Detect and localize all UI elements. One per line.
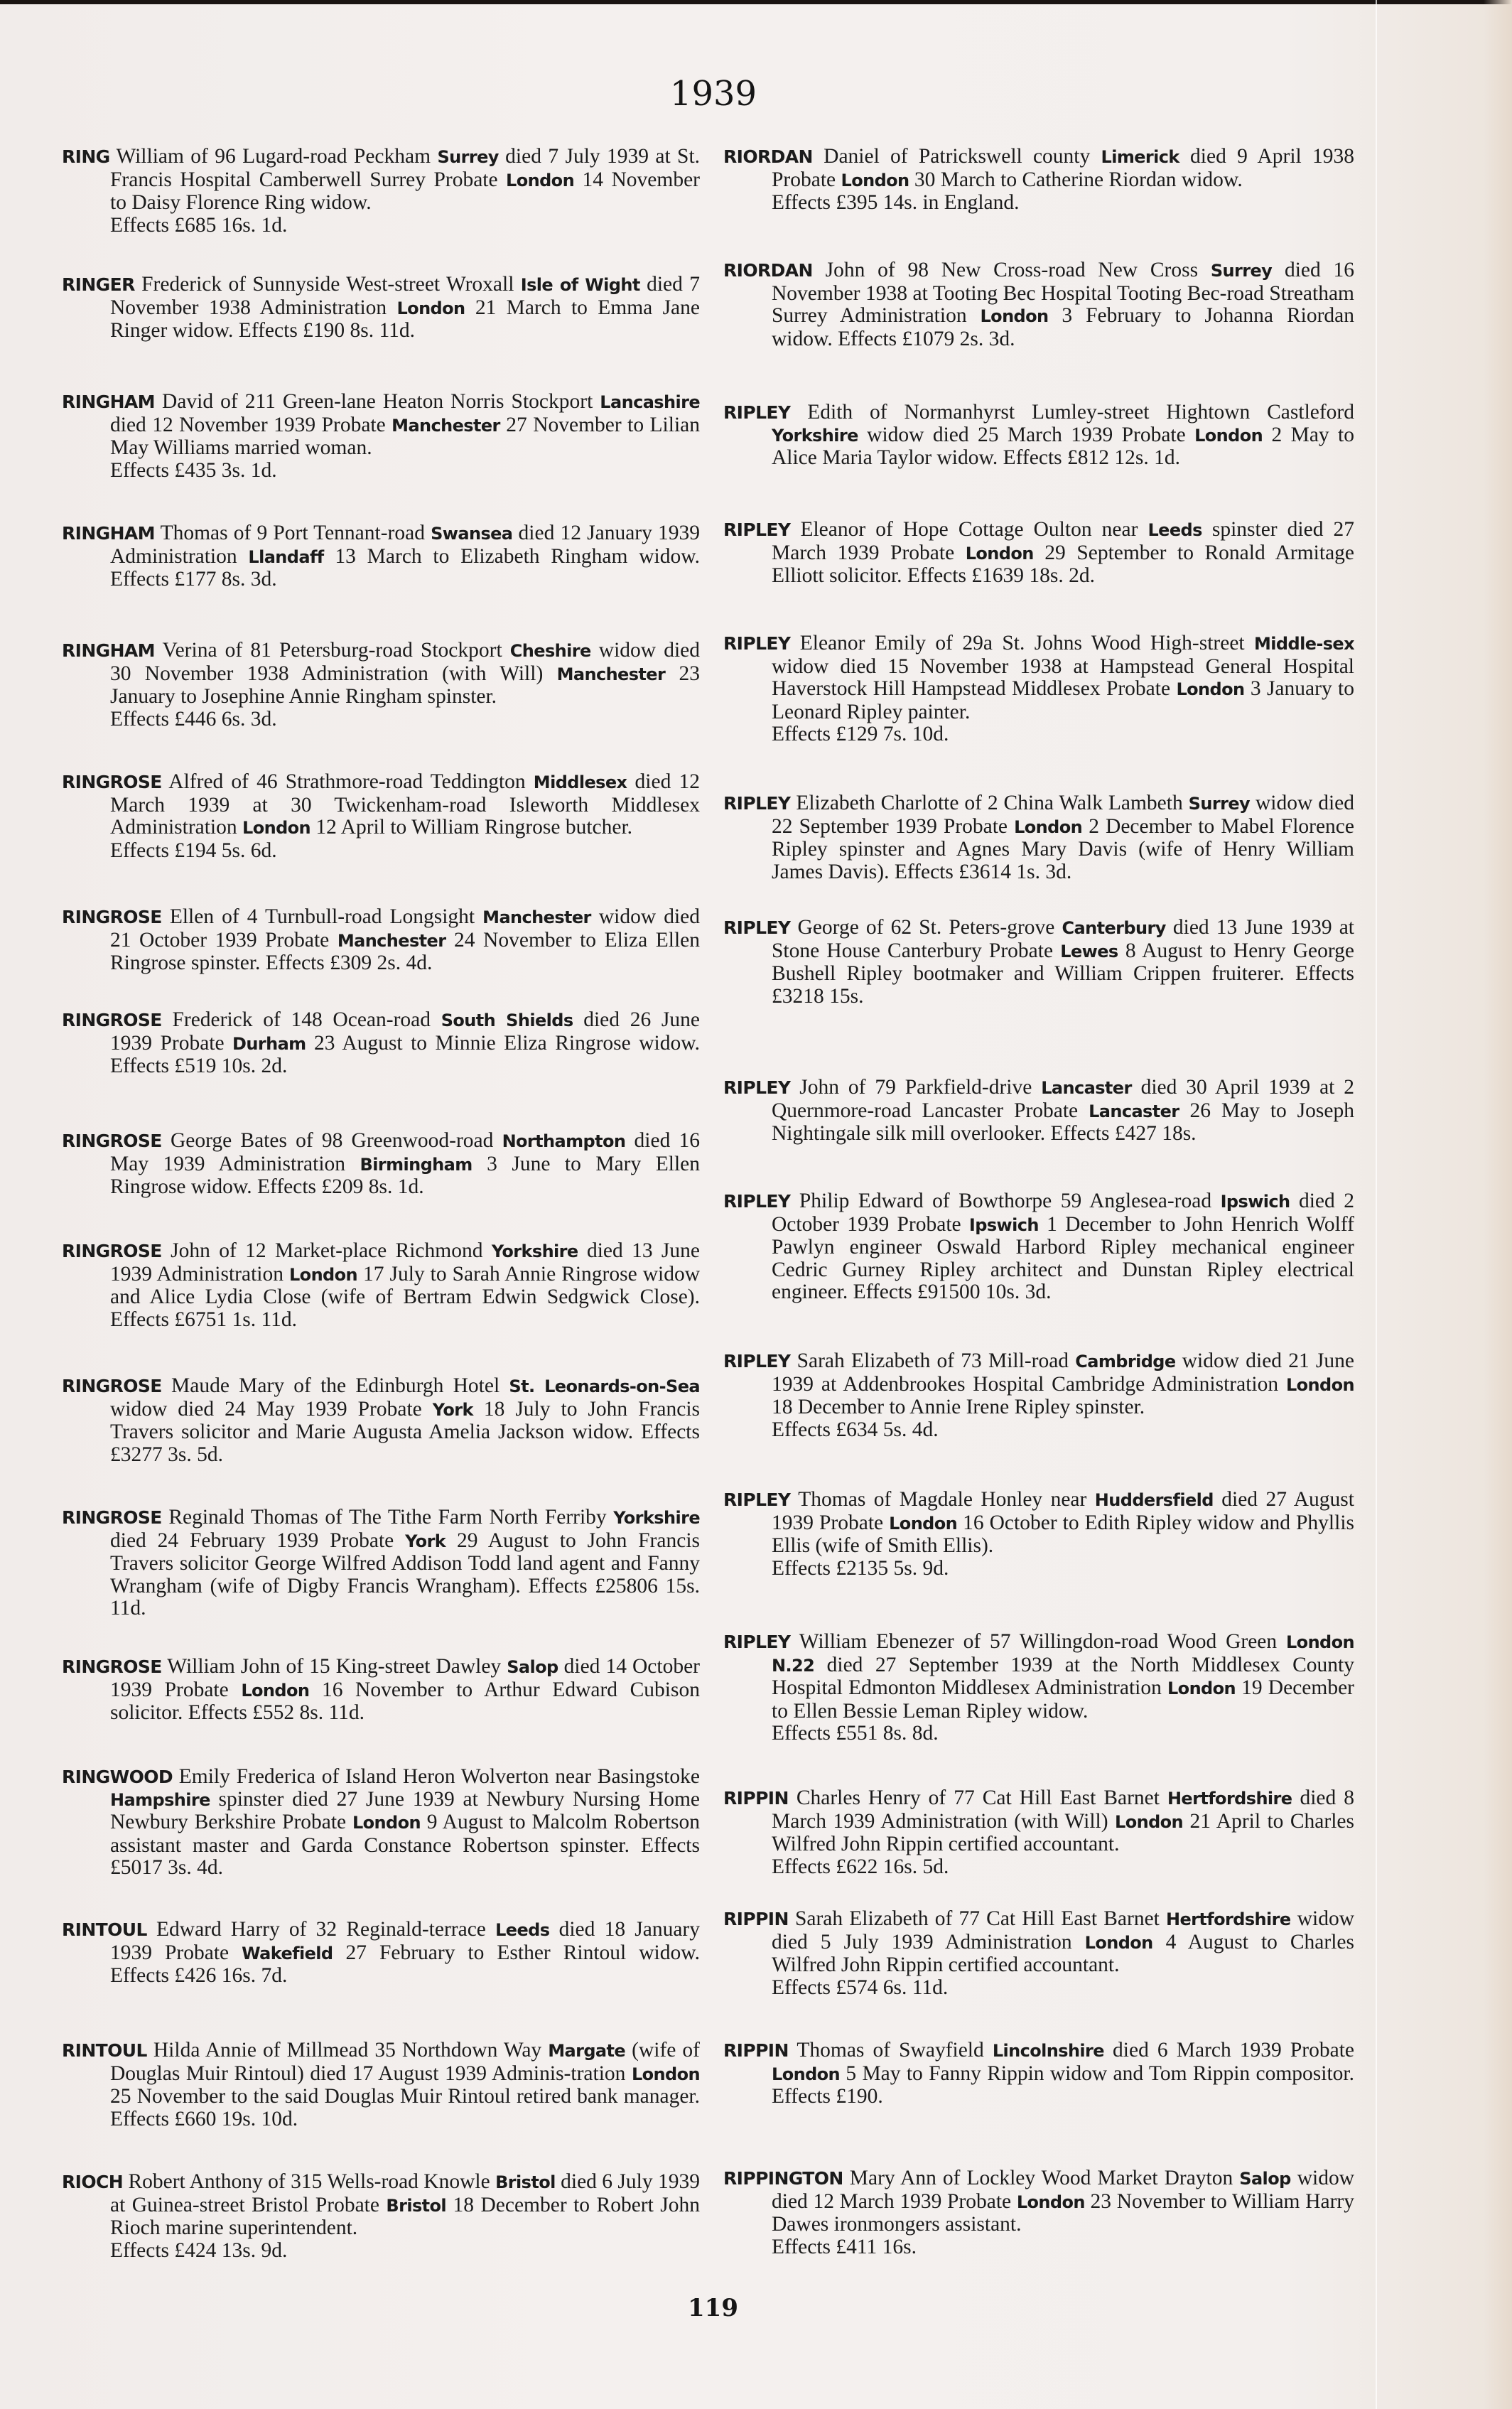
entry-place-bold: York xyxy=(405,1531,445,1551)
probate-entry: RINTOUL Hilda Annie of Millmead 35 North… xyxy=(62,2039,700,2130)
entry-place-bold: Llandaff xyxy=(248,547,323,567)
entry-place-bold: London xyxy=(889,1514,957,1534)
entry-place-bold: Yorkshire xyxy=(772,426,858,446)
entry-surname: RIPLEY xyxy=(723,1191,790,1212)
entry-text: David of 211 Green-lane Heaton Norris St… xyxy=(162,390,600,413)
scan-top-edge xyxy=(0,0,1512,4)
entry-surname: RINGROSE xyxy=(62,1656,162,1677)
entry-text: Edward Harry of 32 Reginald-terrace xyxy=(156,1918,495,1941)
entry-surname: RIPLEY xyxy=(723,793,790,814)
entry-place-bold: Ipswich xyxy=(1221,1192,1290,1212)
entry-place-bold: Cheshire xyxy=(510,641,591,661)
entry-text: Thomas of Swayfield xyxy=(796,2039,992,2062)
entry-text: Daniel of Patrickswell county xyxy=(823,145,1101,168)
entry-text: Effects £435 3s. 1d. xyxy=(110,459,277,482)
entry-place-bold: London xyxy=(352,1813,421,1833)
entry-text: Reginald Thomas of The Tithe Farm North … xyxy=(168,1506,613,1529)
entry-text: Ellen of 4 Turnbull-road Longsight xyxy=(170,905,482,928)
entry-text: Effects £574 6s. 11d. xyxy=(772,1976,948,1999)
entry-surname: RINGHAM xyxy=(62,392,155,412)
entry-text: William Ebenezer of 57 Willingdon-road W… xyxy=(799,1630,1286,1653)
probate-entry: RIORDAN Daniel of Patrickswell county Li… xyxy=(723,146,1354,215)
probate-entry: RIPLEY Eleanor Emily of 29a St. Johns Wo… xyxy=(723,632,1354,746)
entry-surname: RINGWOOD xyxy=(62,1767,173,1787)
entry-text: widow died 25 March 1939 Probate xyxy=(858,424,1194,446)
probate-entry: RINGWOOD Emily Frederica of Island Heron… xyxy=(62,1766,700,1880)
entry-place-bold: Birmingham xyxy=(360,1155,472,1175)
entry-place-bold: Lancaster xyxy=(1041,1078,1131,1098)
entry-surname: RIPPIN xyxy=(723,1788,789,1809)
entry-text: widow died 24 May 1939 Probate xyxy=(110,1398,433,1421)
entry-surname: RINGROSE xyxy=(62,1010,162,1030)
entry-place-bold: London xyxy=(241,1681,309,1701)
entry-surname: RINGER xyxy=(62,274,135,295)
entry-text: George Bates of 98 Greenwood-road xyxy=(171,1129,502,1152)
entry-surname: RIPLEY xyxy=(723,633,790,654)
entry-place-bold: Cambridge xyxy=(1075,1352,1175,1371)
entry-text: Frederick of 148 Ocean-road xyxy=(172,1008,441,1031)
probate-entry: RINGHAM Thomas of 9 Port Tennant-road Sw… xyxy=(62,522,700,591)
entry-surname: RINGROSE xyxy=(62,1241,162,1261)
entry-place-bold: London xyxy=(1014,817,1082,837)
entry-place-bold: Hertfordshire xyxy=(1166,1909,1291,1929)
page-right-edge xyxy=(1484,0,1512,2409)
entry-surname: RINGHAM xyxy=(62,640,155,661)
entry-place-bold: Yorkshire xyxy=(492,1241,578,1261)
entry-place-bold: Salop xyxy=(1239,2169,1290,2189)
entry-text: Effects £194 5s. 6d. xyxy=(110,839,277,862)
entry-text: died 12 November 1939 Probate xyxy=(110,414,391,436)
entry-place-bold: Lewes xyxy=(1060,942,1118,961)
entry-place-bold: Surrey xyxy=(1189,794,1250,814)
entry-surname: RIPLEY xyxy=(723,1077,790,1098)
entry-text: Effects £395 14s. in England. xyxy=(772,191,1019,214)
entry-surname: RIPLEY xyxy=(723,1489,790,1510)
probate-entry: RIPLEY Philip Edward of Bowthorpe 59 Ang… xyxy=(723,1190,1354,1304)
entry-place-bold: London xyxy=(289,1265,357,1285)
entry-text: 30 March to Catherine Riordan widow. xyxy=(909,168,1243,191)
entry-surname: RIOCH xyxy=(62,2172,123,2192)
probate-entry: RIPLEY Edith of Normanhyrst Lumley-stree… xyxy=(723,401,1354,470)
entry-text: Effects £2135 5s. 9d. xyxy=(772,1557,949,1580)
entry-surname: RIORDAN xyxy=(723,146,813,167)
entry-place-bold: Surrey xyxy=(437,147,498,167)
entry-text: Effects £411 16s. xyxy=(772,2236,917,2258)
entry-place-bold: Middlesex xyxy=(534,772,627,792)
entry-place-bold: Hampshire xyxy=(110,1790,210,1810)
probate-entry: RINGROSE John of 12 Market-place Richmon… xyxy=(62,1240,700,1331)
entry-place-bold: Leeds xyxy=(1147,520,1201,540)
probate-entry: RIPLEY Elizabeth Charlotte of 2 China Wa… xyxy=(723,792,1354,883)
entry-place-bold: London xyxy=(1176,679,1244,699)
entry-surname: RINGHAM xyxy=(62,523,155,544)
entry-text: Effects £622 16s. 5d. xyxy=(772,1855,949,1878)
probate-entry: RINGROSE Reginald Thomas of The Tithe Fa… xyxy=(62,1507,700,1620)
entry-place-bold: Leeds xyxy=(495,1920,549,1940)
entry-surname: RIPLEY xyxy=(723,1632,790,1652)
entry-place-bold: Hertfordshire xyxy=(1167,1789,1292,1809)
probate-entry: RINGROSE Alfred of 46 Strathmore-road Te… xyxy=(62,771,700,862)
probate-entry: RIPLEY John of 79 Parkfield-drive Lancas… xyxy=(723,1077,1354,1146)
probate-entry: RINGROSE Maude Mary of the Edinburgh Hot… xyxy=(62,1375,700,1466)
entry-place-bold: Middle-sex xyxy=(1254,634,1354,654)
entry-text: Sarah Elizabeth of 77 Cat Hill East Barn… xyxy=(795,1907,1166,1930)
entry-surname: RINGROSE xyxy=(62,772,162,792)
probate-entry: RIPLEY Thomas of Magdale Honley near Hud… xyxy=(723,1489,1354,1580)
entry-place-bold: London xyxy=(1085,1933,1153,1953)
entry-place-bold: Huddersfield xyxy=(1095,1490,1214,1510)
entry-surname: RIPLEY xyxy=(723,917,790,938)
entry-place-bold: Lancaster xyxy=(1089,1101,1179,1121)
probate-entry: RINGROSE George Bates of 98 Greenwood-ro… xyxy=(62,1130,700,1199)
entry-surname: RINGROSE xyxy=(62,1131,162,1151)
entry-place-bold: London xyxy=(396,298,465,318)
entry-text: John of 79 Parkfield-drive xyxy=(799,1076,1041,1099)
entry-surname: RIPPINGTON xyxy=(723,2168,843,2189)
entry-place-bold: London xyxy=(772,2064,840,2084)
entry-text: Hilda Annie of Millmead 35 Northdown Way xyxy=(153,2039,548,2062)
entry-place-bold: Canterbury xyxy=(1062,918,1166,938)
probate-entry: RINGER Frederick of Sunnyside West-stree… xyxy=(62,274,700,343)
probate-entry: RIPPIN Thomas of Swayfield Lincolnshire … xyxy=(723,2039,1354,2108)
entry-text: Charles Henry of 77 Cat Hill East Barnet xyxy=(796,1786,1167,1809)
entry-place-bold: London xyxy=(1017,2192,1085,2212)
entry-place-bold: Ipswich xyxy=(969,1215,1039,1235)
entry-text: 5 May to Fanny Rippin widow and Tom Ripp… xyxy=(772,2062,1354,2108)
entry-text: Effects £551 8s. 8d. xyxy=(772,1722,939,1745)
entry-place-bold: London xyxy=(242,818,310,838)
entry-text: Elizabeth Charlotte of 2 China Walk Lamb… xyxy=(796,792,1188,814)
probate-entry: RIPPIN Charles Henry of 77 Cat Hill East… xyxy=(723,1787,1354,1878)
entry-text: Mary Ann of Lockley Wood Market Drayton xyxy=(850,2167,1240,2189)
entry-place-bold: Wakefield xyxy=(242,1944,333,1963)
probate-entry: RIORDAN John of 98 New Cross-road New Cr… xyxy=(723,259,1354,350)
entry-text: Eleanor Emily of 29a St. Johns Wood High… xyxy=(800,632,1254,654)
entry-place-bold: Margate xyxy=(548,2041,625,2061)
entry-place-bold: Manchester xyxy=(482,907,591,927)
entry-text: Emily Frederica of Island Heron Wolverto… xyxy=(179,1765,700,1788)
entry-place-bold: Durham xyxy=(232,1034,306,1054)
entry-place-bold: Bristol xyxy=(386,2196,446,2216)
entry-surname: RINGROSE xyxy=(62,907,162,927)
probate-entry: RINGROSE Frederick of 148 Ocean-road Sou… xyxy=(62,1009,700,1078)
entry-place-bold: Salop xyxy=(507,1657,558,1677)
entry-text: Edith of Normanhyrst Lumley-street Hight… xyxy=(807,401,1354,424)
entry-place-bold: Isle of Wight xyxy=(521,275,640,295)
entry-text: Effects £129 7s. 10d. xyxy=(772,723,949,745)
entry-surname: RINGROSE xyxy=(62,1376,162,1396)
entry-place-bold: Swansea xyxy=(431,524,512,544)
entry-surname: RIPLEY xyxy=(723,1351,790,1371)
entry-place-bold: Northampton xyxy=(502,1131,626,1151)
entry-place-bold: London xyxy=(1286,1375,1354,1395)
entry-text: Effects £685 16s. 1d. xyxy=(110,214,287,237)
entry-text: Maude Mary of the Edinburgh Hotel xyxy=(171,1374,509,1397)
entry-place-bold: Manchester xyxy=(557,664,666,684)
entry-text: John of 12 Market-place Richmond xyxy=(171,1239,492,1262)
probate-entry: RINTOUL Edward Harry of 32 Reginald-terr… xyxy=(62,1919,700,1988)
probate-entry: RIPPINGTON Mary Ann of Lockley Wood Mark… xyxy=(723,2167,1354,2258)
entry-text: George of 62 St. Peters-grove xyxy=(798,916,1062,939)
entry-place-bold: London xyxy=(1115,1812,1183,1832)
entry-place-bold: Limerick xyxy=(1101,147,1179,167)
entry-text: Effects £634 5s. 4d. xyxy=(772,1418,939,1441)
entry-surname: RIPLEY xyxy=(723,519,790,540)
entry-surname: RING xyxy=(62,146,110,167)
probate-entry: RIPLEY George of 62 St. Peters-grove Can… xyxy=(723,917,1354,1008)
entry-place-bold: London xyxy=(1194,426,1263,446)
entry-text: Robert Anthony of 315 Wells-road Knowle xyxy=(128,2170,495,2193)
entry-surname: RINTOUL xyxy=(62,2040,147,2061)
probate-calendar-page: 1939 RING William of 96 Lugard-road Peck… xyxy=(0,0,1512,2409)
entry-text: Alfred of 46 Strathmore-road Teddington xyxy=(168,770,534,793)
page-number: 119 xyxy=(688,2294,738,2322)
entry-text: Sarah Elizabeth of 73 Mill-road xyxy=(797,1349,1076,1372)
probate-entry: RINGHAM Verina of 81 Petersburg-road Sto… xyxy=(62,640,700,731)
entry-place-bold: St. Leonards-on-Sea xyxy=(509,1376,700,1396)
entry-text: died 24 February 1939 Probate xyxy=(110,1529,405,1552)
entry-text: 12 April to William Ringrose butcher. xyxy=(310,816,632,839)
entry-text: Frederick of Sunnyside West-street Wroxa… xyxy=(141,273,521,296)
entry-text: Eleanor of Hope Cottage Oulton near xyxy=(800,518,1147,541)
entry-place-bold: Manchester xyxy=(337,931,446,951)
entry-place-bold: London xyxy=(1167,1678,1236,1698)
entry-text: Thomas of Magdale Honley near xyxy=(798,1488,1094,1511)
entry-text: William of 96 Lugard-road Peckham xyxy=(116,145,437,168)
entry-text: Thomas of 9 Port Tennant-road xyxy=(161,522,431,544)
entry-place-bold: York xyxy=(433,1400,473,1420)
entry-text: died 6 March 1939 Probate xyxy=(1104,2039,1354,2062)
entry-place-bold: Manchester xyxy=(391,416,500,436)
entry-place-bold: Yorkshire xyxy=(613,1508,700,1528)
page-fold-line xyxy=(1376,0,1377,2409)
entry-place-bold: London xyxy=(506,171,574,190)
entry-place-bold: Lancashire xyxy=(600,392,700,412)
entry-text: Effects £424 13s. 9d. xyxy=(110,2239,287,2262)
probate-entry: RIOCH Robert Anthony of 315 Wells-road K… xyxy=(62,2171,700,2262)
entry-place-bold: London xyxy=(841,171,909,190)
entry-text: Verina of 81 Petersburg-road Stockport xyxy=(163,639,510,662)
entry-text: John of 98 New Cross-road New Cross xyxy=(826,259,1211,281)
probate-entry: RIPLEY William Ebenezer of 57 Willingdon… xyxy=(723,1631,1354,1745)
entry-text: William John of 15 King-street Dawley xyxy=(167,1655,507,1678)
entry-surname: RINTOUL xyxy=(62,1919,147,1940)
entry-surname: RIPPIN xyxy=(723,2040,789,2061)
page-header-year: 1939 xyxy=(0,74,1512,114)
entry-surname: RIPLEY xyxy=(723,402,790,423)
entry-place-bold: South Shields xyxy=(441,1011,573,1030)
probate-entry: RING William of 96 Lugard-road Peckham S… xyxy=(62,146,700,237)
year-label: 1939 xyxy=(670,74,757,114)
entry-surname: RINGROSE xyxy=(62,1507,162,1528)
probate-entry: RINGROSE Ellen of 4 Turnbull-road Longsi… xyxy=(62,906,700,975)
entry-place-bold: London xyxy=(966,544,1034,564)
probate-entry: RIPLEY Eleanor of Hope Cottage Oulton ne… xyxy=(723,519,1354,588)
probate-entry: RINGHAM David of 211 Green-lane Heaton N… xyxy=(62,391,700,482)
entry-text: 18 December to Annie Irene Ripley spinst… xyxy=(772,1396,1145,1418)
entry-place-bold: Bristol xyxy=(495,2172,556,2192)
entry-place-bold: London xyxy=(632,2064,700,2084)
entry-text: Effects £446 6s. 3d. xyxy=(110,708,277,731)
entry-text: Philip Edward of Bowthorpe 59 Anglesea-r… xyxy=(799,1190,1221,1212)
probate-entry: RIPPIN Sarah Elizabeth of 77 Cat Hill Ea… xyxy=(723,1908,1354,1999)
entry-place-bold: London xyxy=(980,306,1048,326)
entry-surname: RIORDAN xyxy=(723,260,813,281)
entry-text: 25 November to the said Douglas Muir Rin… xyxy=(110,2085,700,2130)
entry-place-bold: Lincolnshire xyxy=(993,2041,1104,2061)
probate-entry: RINGROSE William John of 15 King-street … xyxy=(62,1656,700,1725)
entry-place-bold: Surrey xyxy=(1211,261,1272,281)
entry-surname: RIPPIN xyxy=(723,1909,789,1929)
probate-entry: RIPLEY Sarah Elizabeth of 73 Mill-road C… xyxy=(723,1350,1354,1441)
